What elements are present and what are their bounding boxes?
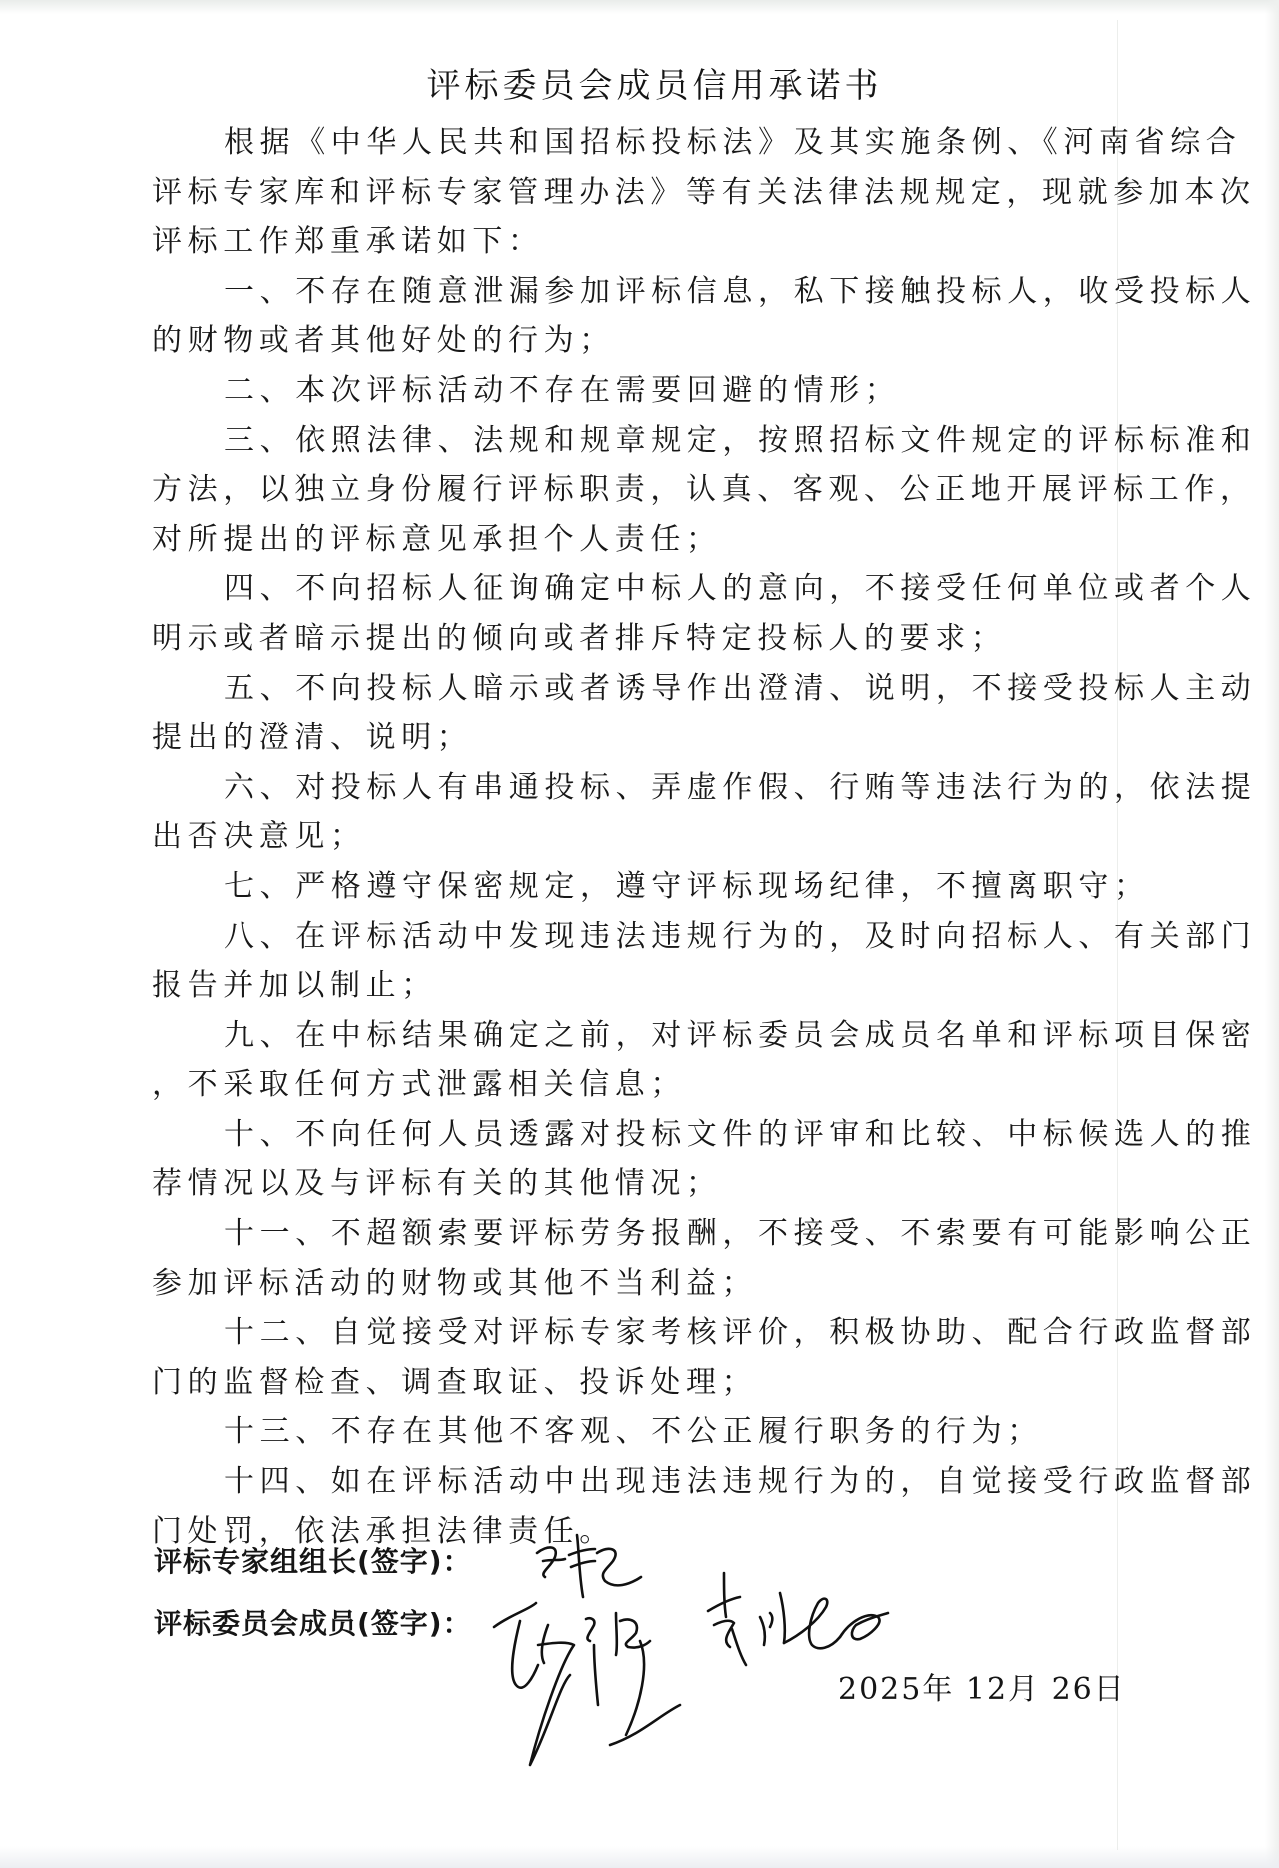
- clause-9: 九、在中标结果确定之前，对评标委员会成员名单和评标项目保密: [152, 1011, 1092, 1061]
- clause-11: 十一、不超额索要评标劳务报酬，不接受、不索要有可能影响公正: [152, 1209, 1092, 1259]
- clause-1: 一、不存在随意泄漏参加评标信息，私下接触投标人，收受投标人: [152, 267, 1092, 317]
- text-line: 的财物或者其他好处的行为；: [152, 316, 1092, 366]
- members-signature-label: 评标委员会成员(签字)：: [154, 1602, 472, 1642]
- clause-6: 六、对投标人有串通投标、弄虚作假、行贿等违法行为的，依法提: [152, 763, 1092, 813]
- text-line: 提出的澄清、说明；: [152, 713, 1092, 763]
- text-line: 明示或者暗示提出的倾向或者排斥特定投标人的要求；: [152, 614, 1092, 664]
- clause-3: 三、依照法律、法规和规章规定，按照招标文件规定的评标标准和: [152, 416, 1092, 466]
- clause-8: 八、在评标活动中发现违法违规行为的，及时向招标人、有关部门: [152, 912, 1092, 962]
- text-line: 报告并加以制止；: [152, 961, 1092, 1011]
- text-line: 评标专家库和评标专家管理办法》等有关法律法规规定，现就参加本次: [152, 168, 1092, 218]
- clause-10: 十、不向任何人员透露对投标文件的评审和比较、中标候选人的推: [152, 1110, 1092, 1160]
- text-line: 对所提出的评标意见承担个人责任；: [152, 515, 1092, 565]
- clause-12: 十二、自觉接受对评标专家考核评价，积极协助、配合行政监督部: [152, 1308, 1092, 1358]
- clause-5: 五、不向投标人暗示或者诱导作出澄清、说明，不接受投标人主动: [152, 664, 1092, 714]
- scan-edge-bottom: [0, 1846, 1279, 1868]
- member-signature-1: [490, 1585, 730, 1785]
- text-line: 门的监督检查、调查取证、投诉处理；: [152, 1358, 1092, 1408]
- clause-4: 四、不向招标人征询确定中标人的意向，不接受任何单位或者个人: [152, 564, 1092, 614]
- member-signature-2: [700, 1565, 890, 1675]
- leader-signature-label: 评标专家组组长(签字)：: [154, 1540, 472, 1580]
- commitment-body: 根据《中华人民共和国招标投标法》及其实施条例、《河南省综合 评标专家库和评标专家…: [152, 118, 1092, 1556]
- text-line: ，不采取任何方式泄露相关信息；: [152, 1060, 1092, 1110]
- text-line: 根据《中华人民共和国招标投标法》及其实施条例、《河南省综合: [152, 118, 1092, 168]
- document-title: 评标委员会成员信用承诺书: [0, 58, 1279, 107]
- signing-date: 2025年 12月 26日: [838, 1664, 1126, 1708]
- text-line: 方法，以独立身份履行评标职责，认真、客观、公正地开展评标工作，: [152, 465, 1092, 515]
- scan-edge-top: [0, 0, 1279, 14]
- clause-2: 二、本次评标活动不存在需要回避的情形；: [152, 366, 1092, 416]
- text-line: 参加评标活动的财物或其他不当利益；: [152, 1259, 1092, 1309]
- clause-7: 七、严格遵守保密规定，遵守评标现场纪律，不擅离职守；: [152, 862, 1092, 912]
- scan-edge-right: [1265, 0, 1279, 1868]
- clause-14: 十四、如在评标活动中出现违法违规行为的，自觉接受行政监督部: [152, 1457, 1092, 1507]
- text-line: 评标工作郑重承诺如下：: [152, 217, 1092, 267]
- text-line: 荐情况以及与评标有关的其他情况；: [152, 1159, 1092, 1209]
- text-line: 出否决意见；: [152, 812, 1092, 862]
- clause-13: 十三、不存在其他不客观、不公正履行职务的行为；: [152, 1407, 1092, 1457]
